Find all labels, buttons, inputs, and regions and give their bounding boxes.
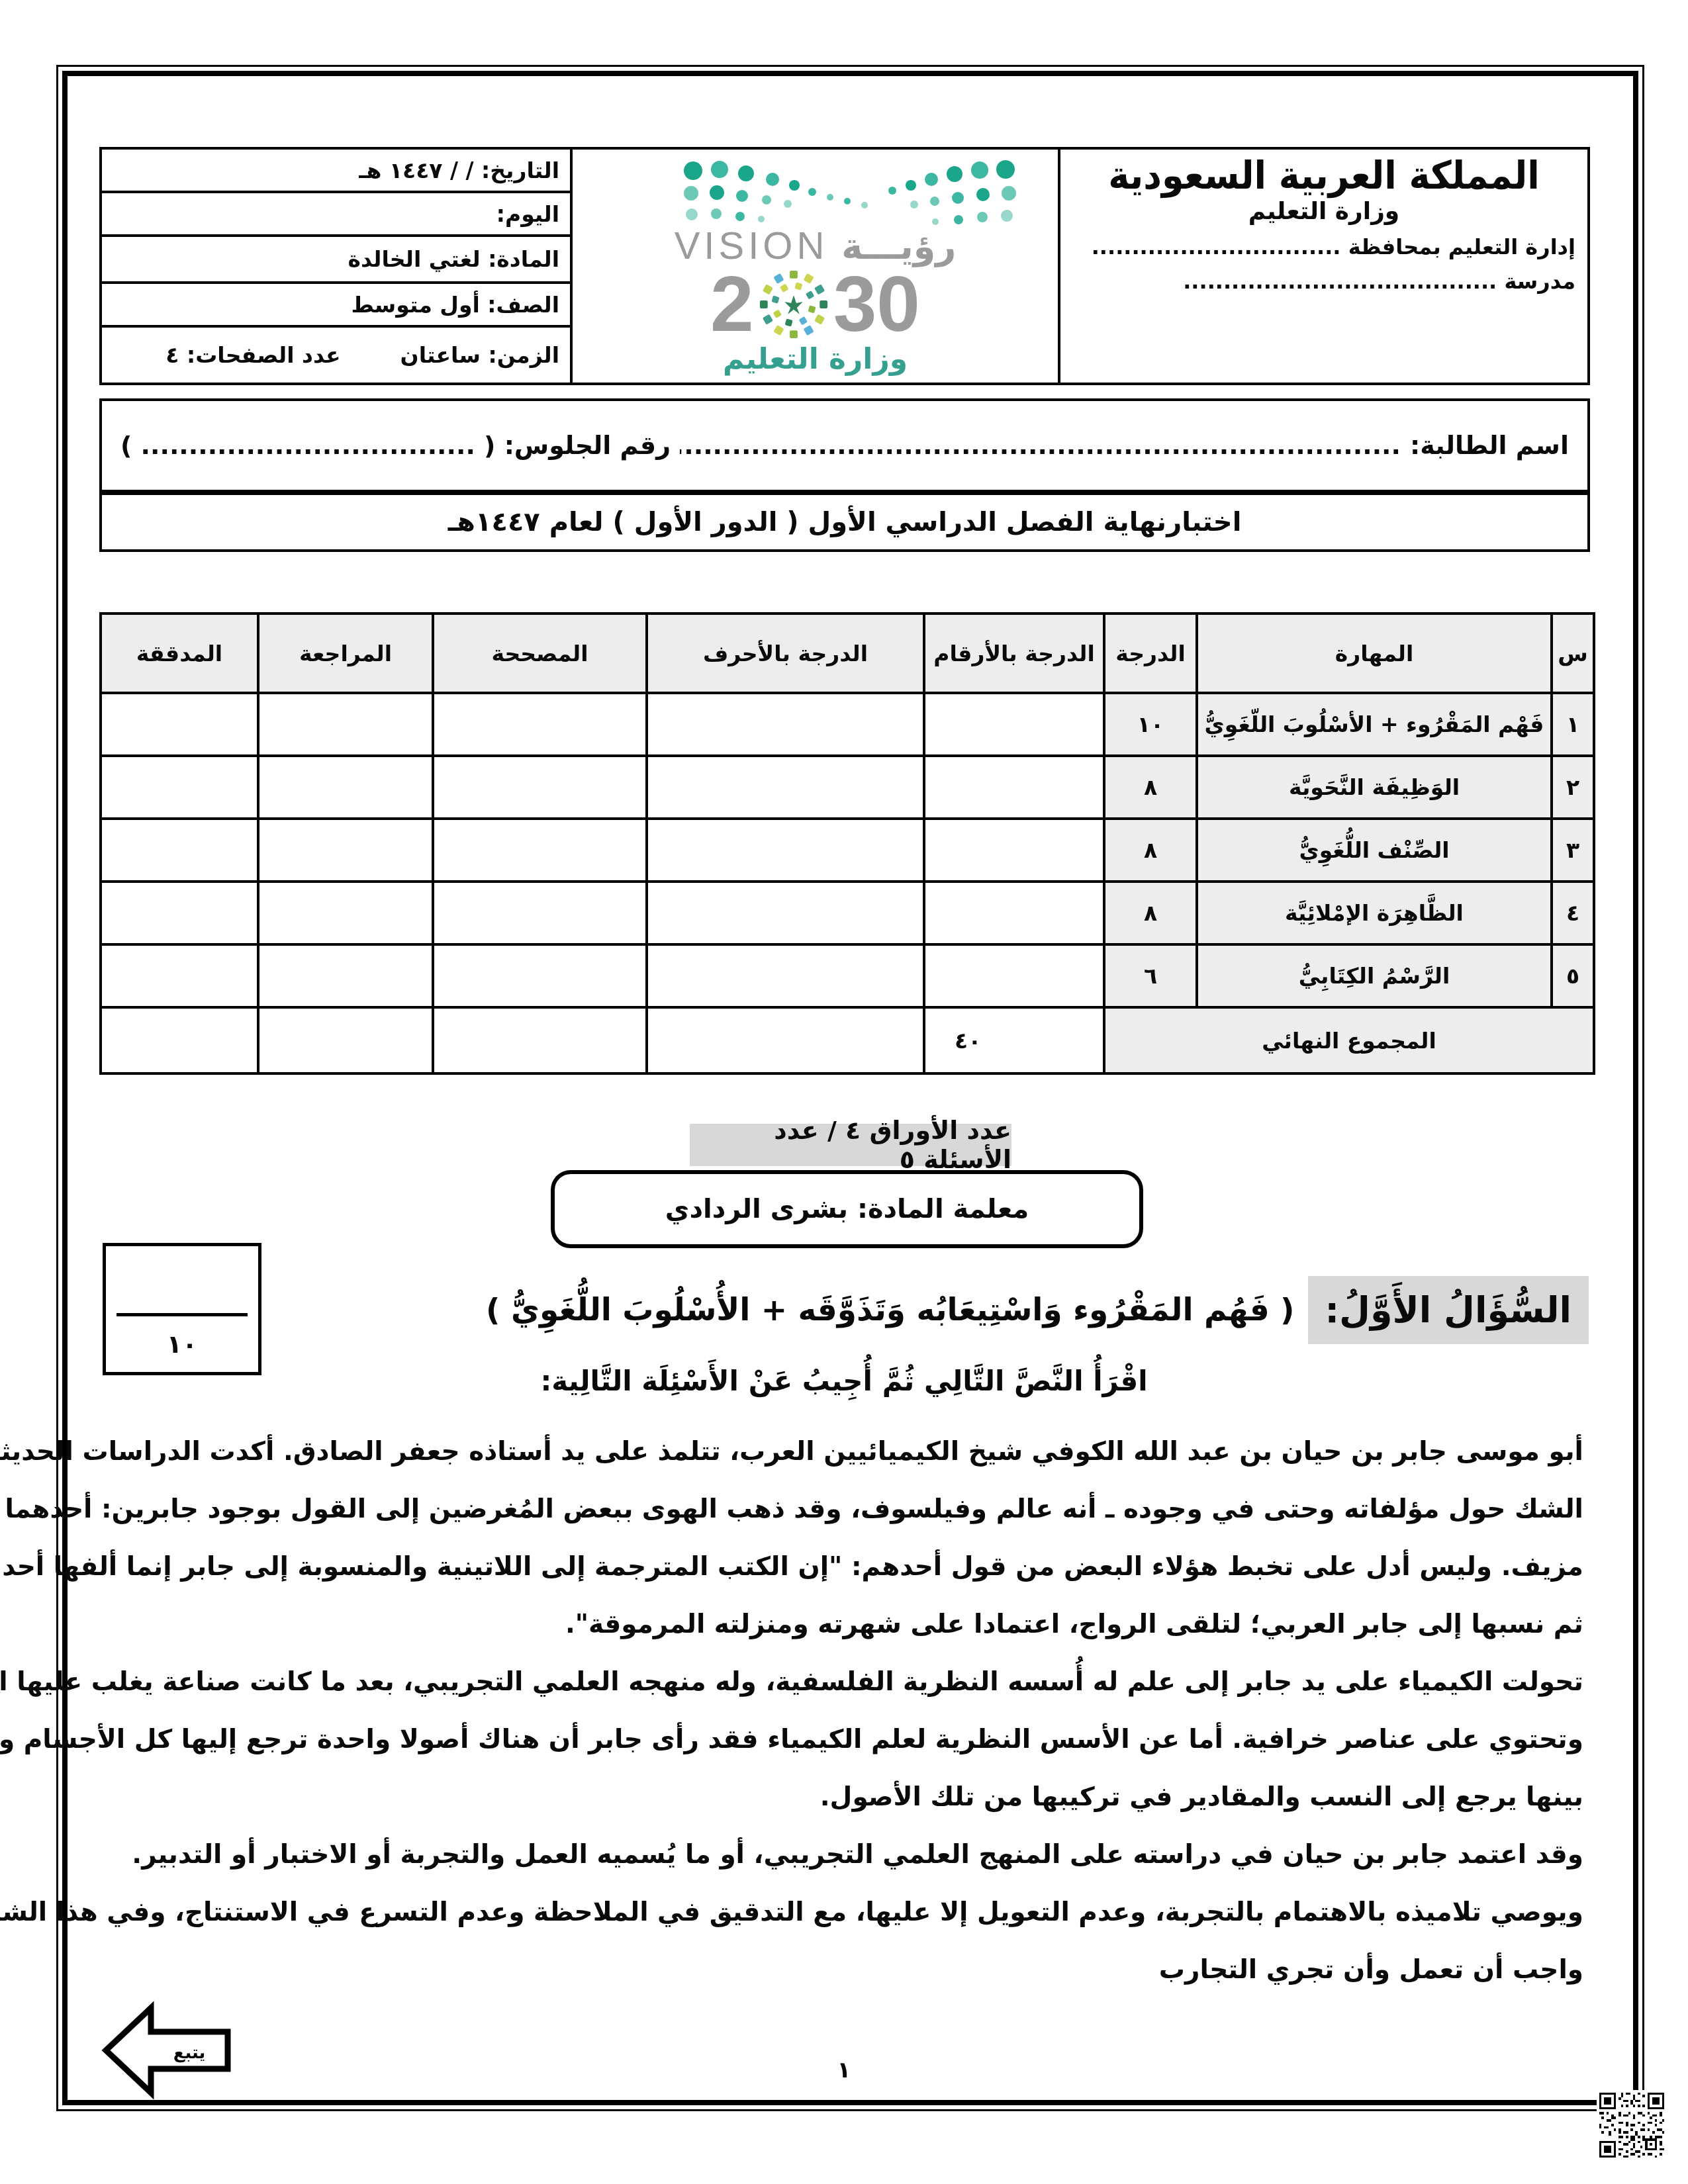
question1-instruction: اقْرَأُ النَّصَّ التَّالِي ثُمَّ أُجِيبُ… [99,1365,1589,1397]
qr-code [1597,2090,1667,2160]
empty-cell [647,1007,924,1073]
info-day: اليوم: [102,193,570,237]
score-box-blank [106,1246,258,1313]
skill-num: ٢ [1552,756,1594,819]
passage-line: ثم نسبها إلى جابر العربي؛ لتلقى الرواج، … [98,1596,1583,1653]
total-row: المجموع النهائي ٤٠ [101,1007,1594,1073]
student-name-row: اسم الطالبة: ...........................… [99,398,1590,492]
empty-cell [924,693,1104,756]
passage-line: واجب أن تعمل وأن تجري التجارب [98,1941,1583,1999]
empty-cell [258,882,433,944]
student-name-label: اسم الطالبة: [1410,431,1569,460]
col-header-score-letters: الدرجة بالأحرف [647,614,924,693]
ministry-block: المملكة العربية السعودية وزارة التعليم إ… [1058,150,1587,383]
ministry-name: وزارة التعليم [1248,198,1399,225]
empty-cell [433,756,647,819]
col-header-corrector: المصححة [433,614,647,693]
total-value: ٤٠ [924,1007,1104,1073]
skill-score: ٨ [1104,882,1197,944]
info-subject: المادة: لغتي الخالدة [102,237,570,284]
empty-cell [433,1007,647,1073]
skill-name: الرَّسْمُ الكِتَابِيُّ [1197,944,1552,1007]
question1-score-box: ١٠ [103,1243,261,1375]
col-header-q: س [1552,614,1594,693]
year-prefix: 2 [710,265,754,343]
exam-paper-page: المملكة العربية السعودية وزارة التعليم إ… [0,0,1688,2184]
question1-label: السُّؤَالُ الأَوَّلُ: [1308,1276,1589,1344]
passage-line: وقد اعتمد جابر بن حيان في دراسته على الم… [98,1826,1583,1884]
col-header-score-numbers: الدرجة بالأرقام [924,614,1104,693]
empty-cell [647,819,924,882]
skill-name: الوَظِيفَة النَّحَويَّة [1197,756,1552,819]
skills-header-row: س المهارة الدرجة الدرجة بالأرقام الدرجة … [101,614,1594,693]
empty-cell [924,882,1104,944]
empty-cell [258,693,433,756]
palm-emblem-icon [784,295,803,314]
moe-wordmark: وزارة التعليم [723,342,908,376]
reading-passage: أبو موسى جابر بن حيان بن عبد الله الكوفي… [98,1423,1583,1999]
school-line: مدرسة ..................................… [1060,269,1587,294]
passage-line: الشك حول مؤلفاته وحتى في وجوده ـ أنه عال… [98,1480,1583,1538]
skill-num: ٥ [1552,944,1594,1007]
empty-cell [924,819,1104,882]
skill-name: فَهْم المَقْرُوء + الأسْلُوبَ اللّغَوِيُ… [1197,693,1552,756]
empty-cell [433,693,647,756]
info-time: الزمن: ساعتان [400,342,559,368]
exam-title: اختبارنهاية الفصل الدراسي الأول ( الدور … [99,492,1590,552]
skill-row-3: ٣ الصِّنْف اللُّغَوِيُّ ٨ [101,819,1594,882]
empty-cell [101,1007,258,1073]
empty-cell [258,756,433,819]
vision-flower-icon [757,267,831,341]
header-table: المملكة العربية السعودية وزارة التعليم إ… [99,147,1590,385]
skill-num: ٣ [1552,819,1594,882]
skill-score: ١٠ [1104,693,1197,756]
col-header-skill: المهارة [1197,614,1552,693]
skill-row-2: ٢ الوَظِيفَة النَّحَويَّة ٨ [101,756,1594,819]
info-time-pages: الزمن: ساعتان عدد الصفحات: ٤ [102,328,570,383]
total-label: المجموع النهائي [1104,1007,1594,1073]
col-header-reviewer: المراجعة [258,614,433,693]
question1-heading: السُّؤَالُ الأَوَّلُ: ( فَهُم المَقْرُوء… [463,1265,1589,1355]
vision-2030-year: 2 [710,265,920,343]
col-header-score: الدرجة [1104,614,1197,693]
passage-line: تحولت الكيمياء على يد جابر إلى علم له أُ… [98,1653,1583,1711]
empty-cell [924,944,1104,1007]
empty-cell [924,756,1104,819]
skill-num: ٤ [1552,882,1594,944]
empty-cell [433,944,647,1007]
page-number: ١ [0,2057,1688,2083]
skill-score: ٨ [1104,756,1197,819]
skill-name: الظَّاهِرَة الإمْلائِيَّة [1197,882,1552,944]
skills-table: س المهارة الدرجة الدرجة بالأرقام الدرجة … [99,612,1595,1075]
skill-row-4: ٤ الظَّاهِرَة الإمْلائِيَّة ٨ [101,882,1594,944]
skill-score: ٦ [1104,944,1197,1007]
student-name-dots: ........................................… [680,431,1401,460]
info-grade: الصف: أول متوسط [102,284,570,328]
empty-cell [433,882,647,944]
col-header-auditor: المدققة [101,614,258,693]
empty-cell [101,882,258,944]
teacher-name-box: معلمة المادة: بشرى الردادي [551,1170,1143,1248]
skill-score: ٨ [1104,819,1197,882]
passage-line: بينها يرجع إلى النسب والمقادير في تركيبه… [98,1768,1583,1826]
empty-cell [647,882,924,944]
passage-line: مزيف. وليس أدل على تخبط هؤلاء البعض من ق… [98,1538,1583,1596]
continue-arrow-icon: يتبع [98,2000,237,2101]
empty-cell [258,819,433,882]
empty-cell [101,756,258,819]
empty-cell [101,819,258,882]
empty-cell [258,1007,433,1073]
passage-line: وتحتوي على عناصر خرافية. أما عن الأسس ال… [98,1711,1583,1768]
empty-cell [647,693,924,756]
skill-row-5: ٥ الرَّسْمُ الكِتَابِيُّ ٦ [101,944,1594,1007]
empty-cell [647,944,924,1007]
empty-cell [258,944,433,1007]
vision-logo-dots-icon [584,159,1047,228]
year-suffix: 30 [833,265,920,343]
skill-num: ١ [1552,693,1594,756]
empty-cell [101,693,258,756]
empty-cell [647,756,924,819]
question1-title: ( فَهُم المَقْرُوء وَاسْتِيعَابُه وَتَذَ… [486,1292,1294,1328]
seat-number-label: رقم الجلوس: ( ..........................… [120,431,671,460]
question1-max-score: ١٠ [106,1316,258,1372]
vision-2030-logo: VISION رؤيـــة 2 [570,150,1058,383]
kingdom-name: المملكة العربية السعودية [1108,153,1540,198]
passage-line: أبو موسى جابر بن حيان بن عبد الله الكوفي… [98,1423,1583,1480]
empty-cell [101,944,258,1007]
skills-table-wrap: س المهارة الدرجة الدرجة بالأرقام الدرجة … [99,612,1594,1075]
info-pages: عدد الصفحات: ٤ [165,342,340,368]
skill-row-1: ١ فَهْم المَقْرُوء + الأسْلُوبَ اللّغَوِ… [101,693,1594,756]
empty-cell [433,819,647,882]
info-date: التاريخ: / / ١٤٤٧ هـ [102,150,570,193]
passage-line: ويوصي تلاميذه بالاهتمام بالتجربة، وعدم ا… [98,1884,1583,1941]
directorate-line: إدارة التعليم بمحافظة ..................… [1060,234,1587,259]
papers-count-line: عدد الأوراق ٤ / عدد الأسئلة ٥ [690,1124,1011,1166]
exam-info-panel: التاريخ: / / ١٤٤٧ هـ اليوم: المادة: لغتي… [102,150,570,383]
skill-name: الصِّنْف اللُّغَوِيُّ [1197,819,1552,882]
